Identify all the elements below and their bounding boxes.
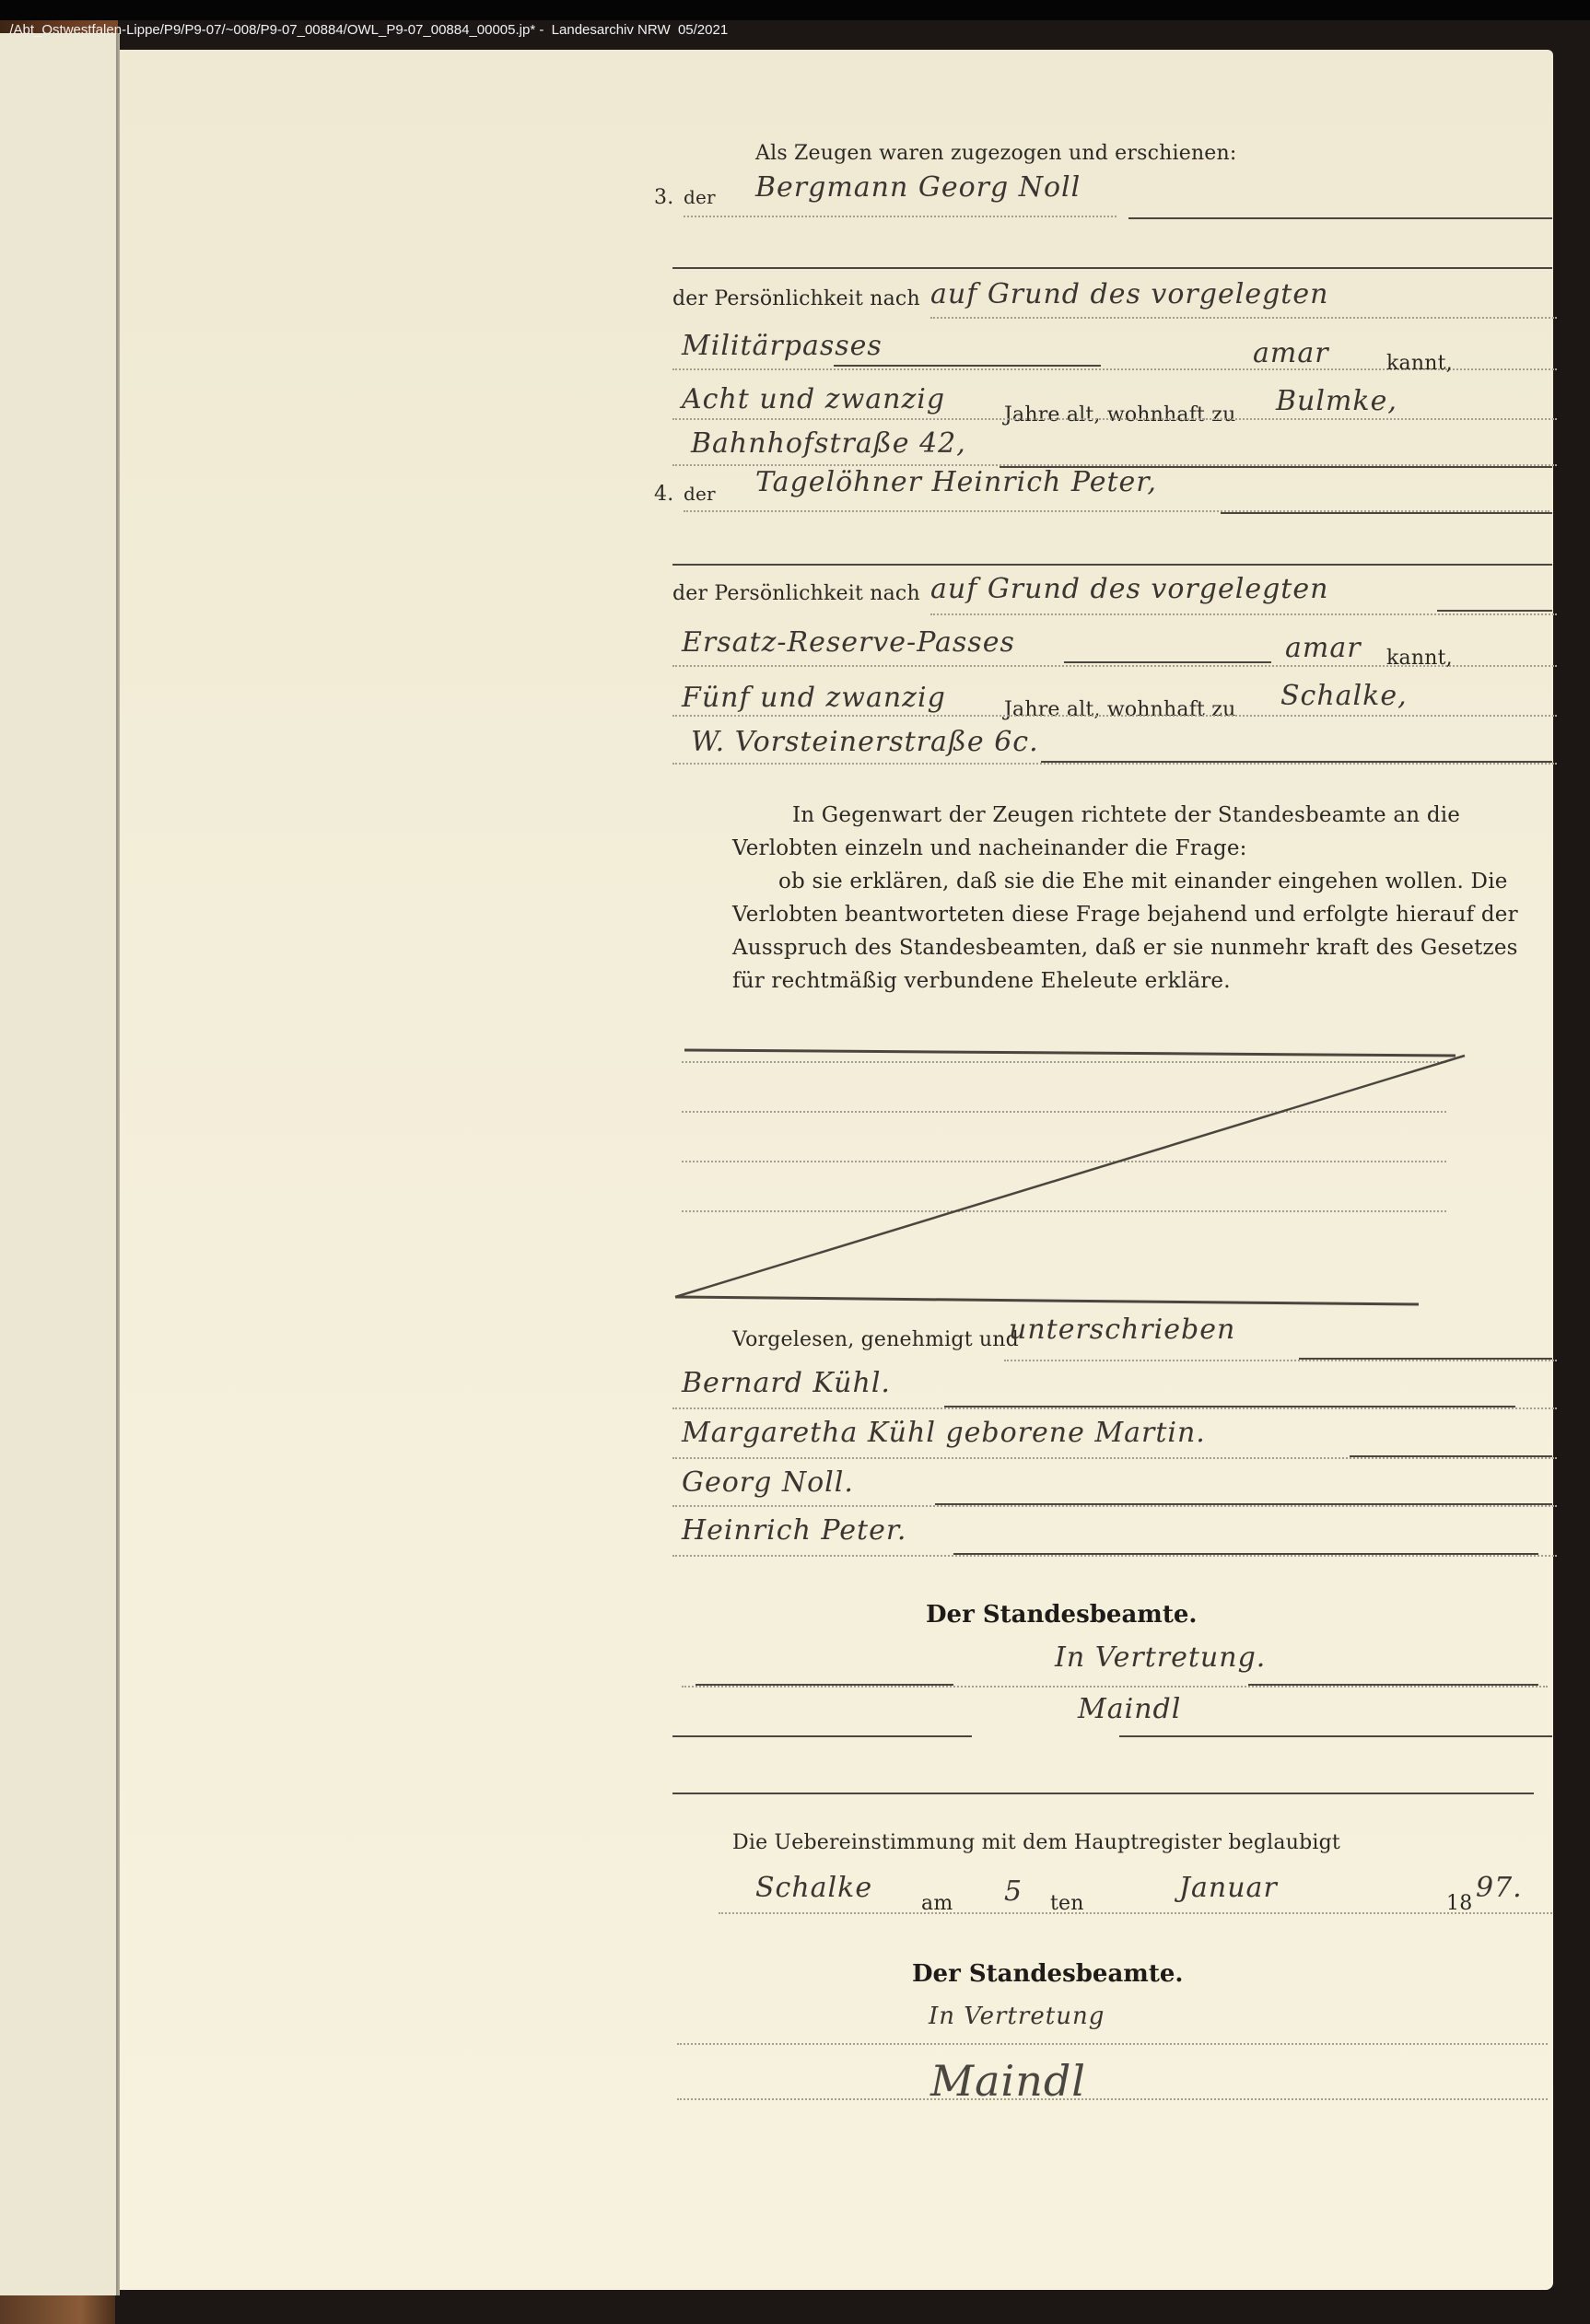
fill-rule [672,1735,972,1737]
fill-rule [1119,1735,1552,1737]
registrar-title-1: Der Standesbeamte. [926,1601,1197,1629]
registrar-title-2: Der Standesbeamte. [912,1960,1183,1988]
dotted-line [677,2043,1548,2045]
registrar2-sig-line-1: In Vertretung [929,2003,1105,2030]
signature-1: Bernard Kühl. [682,1367,891,1399]
registrar1-sig-line-2: Maindl [1078,1693,1181,1725]
dotted-line [672,1555,1557,1557]
certification-place: Schalke [755,1872,872,1904]
dotted-line [1004,1360,1557,1361]
window-title-bar: /Abt_Ostwestfalen-Lippe/P9/P9-07/~008/P9… [0,0,1590,20]
certification-month: Januar [1179,1872,1278,1904]
certification-day: 5 [1004,1875,1023,1908]
fill-rule [944,1406,1515,1407]
fill-rule [935,1503,1552,1505]
signature-3: Georg Noll. [682,1466,854,1499]
fill-rule [1350,1455,1552,1457]
signatures-label: Vorgelesen, genehmigt und [732,1328,1019,1351]
z-strike-lines [120,50,1553,2290]
signature-2: Margaretha Kühl geborene Martin. [682,1417,1206,1449]
dotted-line [677,2098,1548,2100]
window-title: /Abt_Ostwestfalen-Lippe/P9/P9-07/~008/P9… [9,22,728,38]
dotted-line [672,1457,1557,1459]
dotted-line [672,1505,1557,1507]
fill-rule [696,1684,953,1686]
dotted-line [719,1912,1552,1914]
certification-year: 97. [1476,1872,1523,1904]
fill-rule [1248,1684,1538,1686]
separator-rule [672,1793,1534,1794]
signatures-label-handwritten: unterschrieben [1009,1314,1235,1346]
certification-year-prefix: 18 [1446,1892,1472,1915]
fill-rule [1299,1358,1552,1360]
certification-statement: Die Uebereinstimmung mit dem Hauptregist… [732,1831,1340,1854]
certification-ten-label: ten [1050,1892,1084,1915]
register-page: Als Zeugen waren zugezogen und erschiene… [120,50,1553,2290]
book-cover-bottom [0,2295,115,2324]
registrar1-sig-line-1: In Vertretung. [1055,1641,1266,1674]
left-page-edge [0,33,117,2295]
fill-rule [953,1553,1538,1555]
dotted-line [672,1407,1557,1409]
certification-am-label: am [921,1892,953,1915]
dotted-line [682,1686,1548,1688]
signature-4: Heinrich Peter. [682,1514,906,1547]
